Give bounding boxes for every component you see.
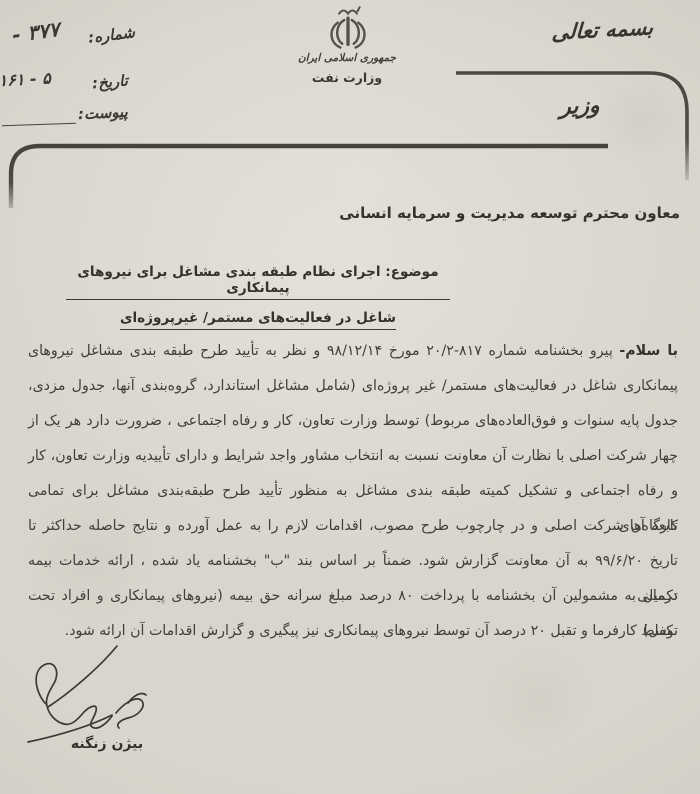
minister-title: وزیر bbox=[548, 93, 613, 120]
signer-name: بیژن زنگنه bbox=[62, 736, 152, 752]
body-line: درمان به مشمولین آن بخشنامه با پرداخت ۸۰… bbox=[28, 579, 678, 614]
body-line: جدول پایه سنوات و فوق‌العاده‌های مربوط) … bbox=[28, 404, 678, 439]
body-line: و رفاه اجتماعی و تشکیل کمیته طبقه بندی م… bbox=[28, 474, 678, 509]
recipient-line: معاون محترم توسعه مدیریت و سرمایه انسانی bbox=[280, 204, 680, 222]
letterhead-ministry: وزارت نفت bbox=[290, 70, 404, 85]
body-line: تاریخ ۹۹/۶/۲۰ به آن معاونت گزارش شود. ضم… bbox=[28, 544, 678, 579]
subject-line-2: شاغل در فعالیت‌های مستمر/ غیرپروژه‌ای bbox=[120, 310, 396, 330]
body-line: پیمانکاری شاغل در فعالیت‌های مستمر/ غیر … bbox=[28, 369, 678, 404]
salutation: با سلام- bbox=[619, 343, 678, 359]
letter-body: با سلام- پیرو بخشنامه شماره ۸۱۷-۲۰/۲ مور… bbox=[28, 334, 678, 649]
body-line-1-rest: پیرو بخشنامه شماره ۸۱۷-۲۰/۲ مورخ ۹۸/۱۲/۱… bbox=[28, 343, 619, 359]
number-label: شماره: bbox=[87, 23, 136, 47]
number-value: - ۳۷۷ bbox=[11, 17, 61, 47]
body-line: چهار شرکت اصلی با نظارت آن معاونت نسبت ب… bbox=[28, 439, 678, 474]
subject-line-1: موضوع: اجرای نظام طبقه بندی مشاغل برای ن… bbox=[66, 264, 450, 300]
attachment-label: پیوست: bbox=[78, 103, 129, 124]
date-value: ۹۱۶۱ - ۵ bbox=[0, 68, 51, 90]
scanned-letter-page: شماره: - ۳۷۷ تاریخ: ۹۱۶۱ - ۵ پیوست: جمهو… bbox=[0, 0, 700, 794]
body-line: تابعه آن شرکت اصلی و در چارچوب طرح مصوب،… bbox=[28, 509, 678, 544]
attachment-blank-line bbox=[2, 123, 76, 127]
date-label: تاریخ: bbox=[91, 71, 128, 92]
letterhead-republic: جمهوری اسلامی ایران bbox=[290, 52, 404, 64]
subject-block: موضوع: اجرای نظام طبقه بندی مشاغل برای ن… bbox=[66, 264, 450, 337]
bismillah-calligraphy: بسمه تعالی bbox=[544, 15, 660, 45]
body-line: با سلام- پیرو بخشنامه شماره ۸۱۷-۲۰/۲ مور… bbox=[28, 334, 678, 369]
body-line: توسط کارفرما و تقبل ۲۰ درصد آن توسط نیرو… bbox=[28, 614, 678, 649]
iran-allah-emblem-icon bbox=[322, 6, 374, 52]
